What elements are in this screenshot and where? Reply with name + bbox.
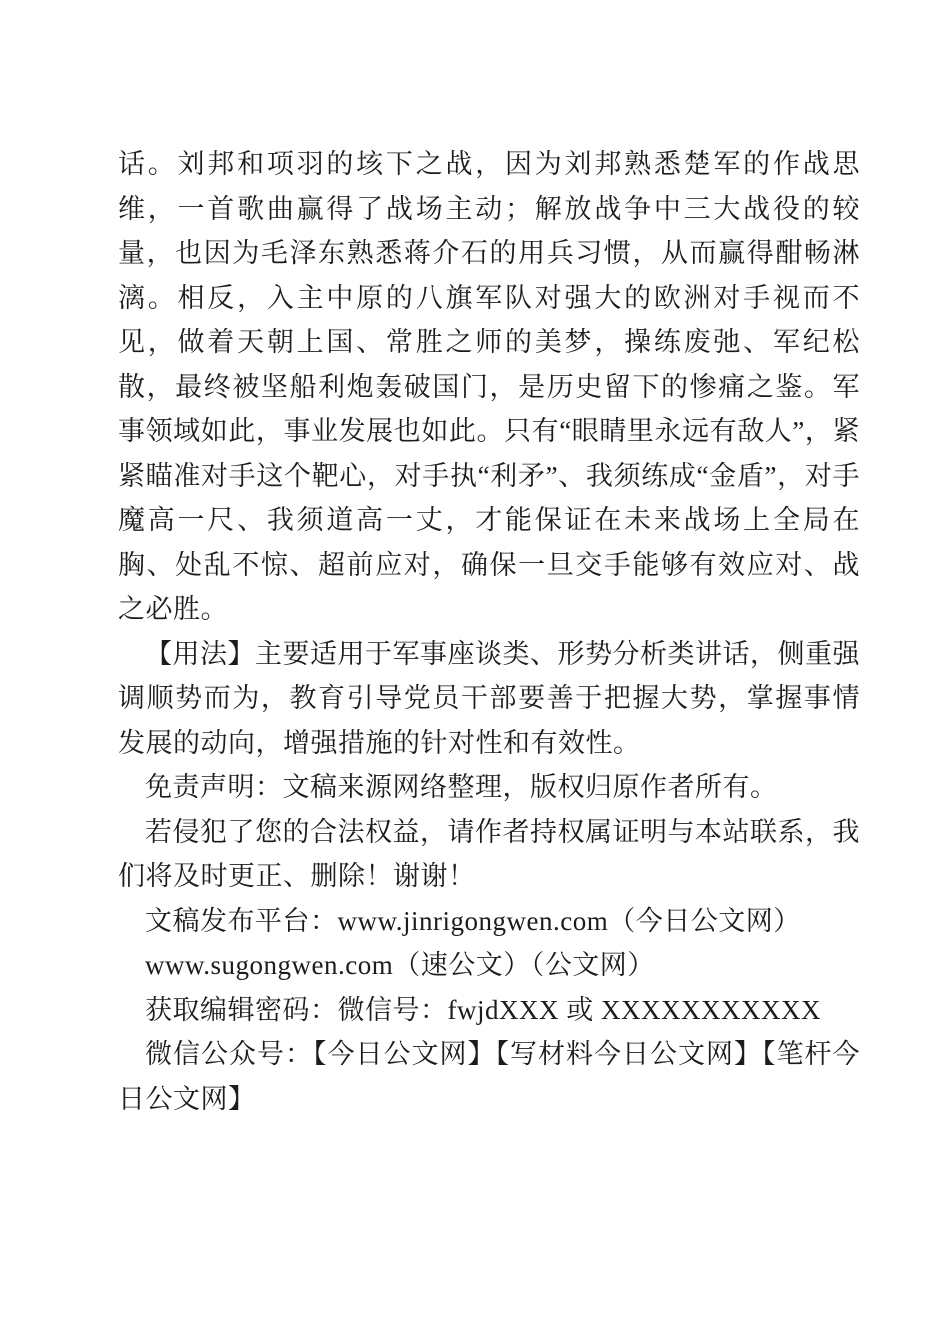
usage-note-paragraph: 【用法】主要适用于军事座谈类、形势分析类讲话，侧重强调顺势而为，教育引导党员干部… (118, 632, 860, 766)
document-page: 话。刘邦和项羽的垓下之战，因为刘邦熟悉楚军的作战思维，一首歌曲赢得了战场主动；解… (0, 0, 950, 1344)
publish-platform-paragraph: 文稿发布平台：www.jinrigongwen.com（今日公文网） (118, 899, 860, 944)
disclaimer-paragraph: 免责声明：文稿来源网络整理，版权归原作者所有。 (118, 765, 860, 810)
wechat-accounts-paragraph: 微信公众号：【今日公文网】【写材料今日公文网】【笔杆今日公文网】 (118, 1032, 860, 1121)
secondary-site-paragraph: www.sugongwen.com（速公文）（公文网） (118, 943, 860, 988)
body-text-paragraph: 话。刘邦和项羽的垓下之战，因为刘邦熟悉楚军的作战思维，一首歌曲赢得了战场主动；解… (118, 142, 860, 632)
rights-notice-paragraph: 若侵犯了您的合法权益，请作者持权属证明与本站联系，我们将及时更正、删除！谢谢！ (118, 810, 860, 899)
editor-password-paragraph: 获取编辑密码：微信号：fwjdXXX 或 XXXXXXXXXXX (118, 988, 860, 1033)
